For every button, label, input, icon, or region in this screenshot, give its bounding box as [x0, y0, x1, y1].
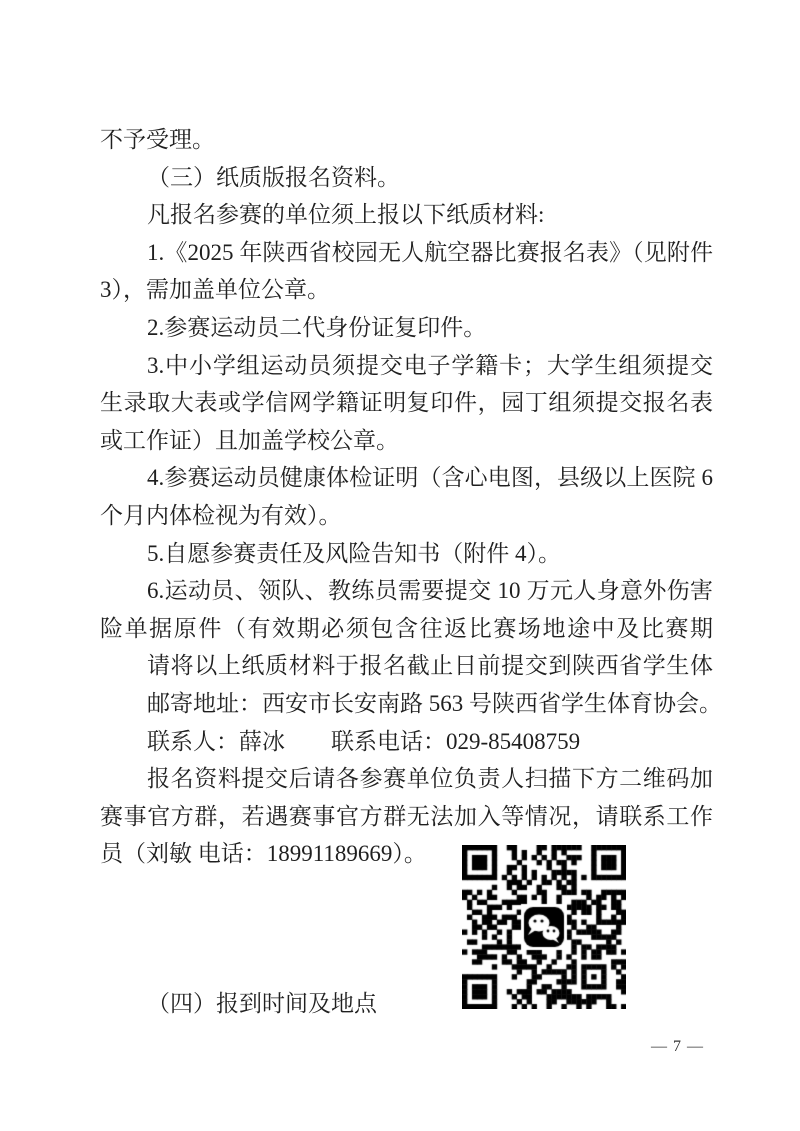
doc-subsection-heading: （三）纸质版报名资料。	[100, 159, 713, 197]
doc-line: 6.运动员、领队、教练员需要提交 10 万元人身意外伤害保	[100, 572, 713, 610]
body-text-block: 不予受理。 （三）纸质版报名资料。 凡报名参赛的单位须上报以下纸质材料: 1.《…	[100, 121, 713, 873]
qr-code-canvas	[462, 845, 626, 1009]
doc-line: 或工作证）且加盖学校公章。	[100, 422, 713, 460]
doc-line: 3.中小学组运动员须提交电子学籍卡；大学生组须提交招	[100, 347, 713, 385]
doc-line: 凡报名参赛的单位须上报以下纸质材料:	[100, 196, 713, 234]
page-number: — 7 —	[651, 1038, 704, 1056]
doc-line: 5.自愿参赛责任及风险告知书（附件 4）。	[100, 535, 713, 573]
doc-line: 报名资料提交后请各参赛单位负责人扫描下方二维码加入	[100, 760, 713, 798]
doc-line: 3），需加盖单位公章。	[100, 271, 713, 309]
doc-line: 险单据原件（有效期必须包含往返比赛场地途中及比赛期间）。	[100, 610, 713, 648]
doc-line: 4.参赛运动员健康体检证明（含心电图，县级以上医院 6	[100, 459, 713, 497]
doc-line-mail-address: 邮寄地址：西安市长安南路 563 号陕西省学生体育协会。	[100, 685, 713, 723]
doc-line: 生录取大表或学信网学籍证明复印件，园丁组须提交报名表（	[100, 384, 713, 422]
document-page: 不予受理。 （三）纸质版报名资料。 凡报名参赛的单位须上报以下纸质材料: 1.《…	[0, 0, 800, 1131]
doc-line: 不予受理。	[100, 121, 713, 159]
doc-line: 1.《2025 年陕西省校园无人航空器比赛报名表》（见附件	[100, 234, 713, 272]
doc-line: 2.参赛运动员二代身份证复印件。	[100, 309, 713, 347]
doc-line-contact: 联系人：薛冰 联系电话：029-85408759	[100, 723, 713, 761]
wechat-group-qr-code	[462, 845, 626, 1009]
doc-subsection-heading: （四）报到时间及地点	[147, 985, 377, 1023]
doc-line: 个月内体检视为有效）。	[100, 497, 713, 535]
doc-line: 赛事官方群，若遇赛事官方群无法加入等情况，请联系工作人	[100, 798, 713, 836]
doc-line: 请将以上纸质材料于报名截止日前提交到陕西省学生体育协会。	[100, 647, 713, 685]
